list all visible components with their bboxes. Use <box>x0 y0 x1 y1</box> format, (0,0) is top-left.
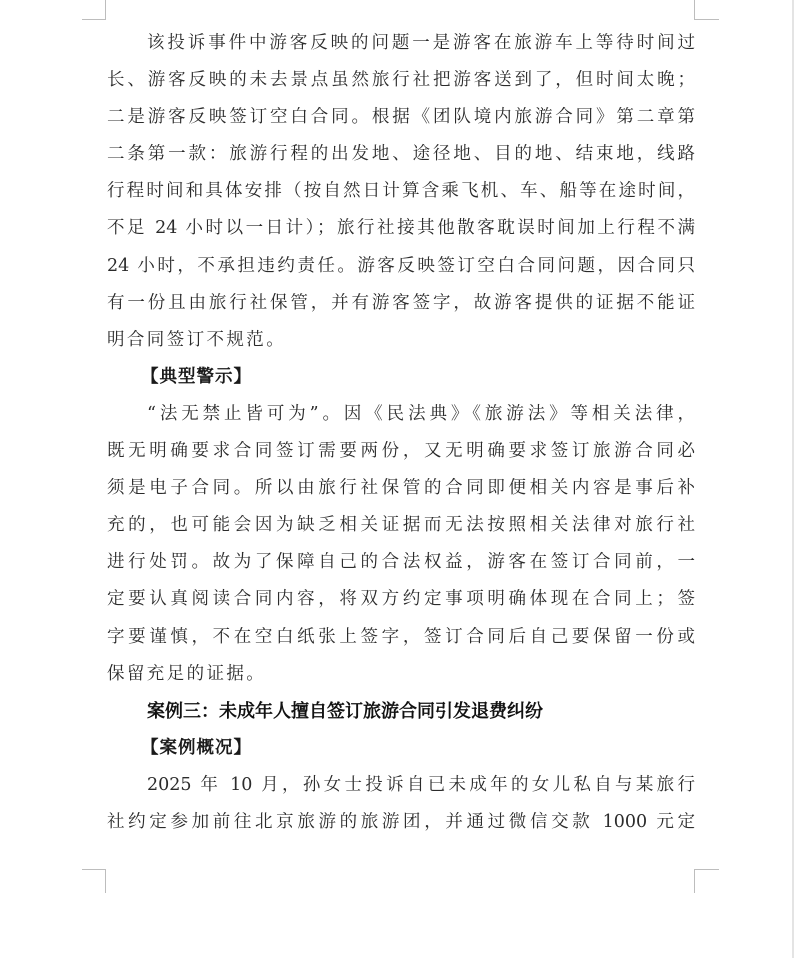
crop-mark-top-left <box>82 0 106 20</box>
crop-mark-bottom-right <box>694 869 719 893</box>
text-line: 该投诉事件中游客反映的问题一是游客在旅游车上等待时间过 <box>107 25 695 62</box>
text-line: 既无明确要求合同签订需要两份，又无明确要求签订旅游合同必 <box>107 433 695 470</box>
text-line: 2025 年 10 月，孙女士投诉自已未成年的女儿私自与某旅行 <box>107 767 695 804</box>
text-line: 充的，也可能会因为缺乏相关证据而无法按照相关法律对旅行社 <box>107 507 695 544</box>
text-line: “法无禁止皆可为”。因《民法典》《旅游法》等相关法律， <box>107 396 695 433</box>
text-line: 二是游客反映签订空白合同。根据《团队境内旅游合同》第二章第 <box>107 99 695 136</box>
text-line: 24 小时，不承担违约责任。游客反映签订空白合同问题，因合同只 <box>107 248 695 285</box>
text-line: 有一份且由旅行社保管，并有游客签字，故游客提供的证据不能证 <box>107 285 695 322</box>
heading-typical-warning: 【典型警示】 <box>107 359 695 396</box>
document-body: 该投诉事件中游客反映的问题一是游客在旅游车上等待时间过 长、游客反映的未去景点虽… <box>107 25 695 841</box>
text-line: 定要认真阅读合同内容，将双方约定事项明确体现在合同上；签 <box>107 581 695 618</box>
paragraph-warning: “法无禁止皆可为”。因《民法典》《旅游法》等相关法律， 既无明确要求合同签订需要… <box>107 396 695 693</box>
text-line: 长、游客反映的未去景点虽然旅行社把游客送到了，但时间太晚； <box>107 62 695 99</box>
text-line: 须是电子合同。所以由旅行社保管的合同即便相关内容是事后补 <box>107 470 695 507</box>
text-line: 进行处罚。故为了保障自己的合法权益，游客在签订合同前，一 <box>107 544 695 581</box>
text-line: 不足 24 小时以一日计）；旅行社接其他散客耽误时间加上行程不满 <box>107 210 695 247</box>
paragraph-case-overview: 2025 年 10 月，孙女士投诉自已未成年的女儿私自与某旅行 社约定参加前往北… <box>107 767 695 841</box>
paragraph-complaint-analysis: 该投诉事件中游客反映的问题一是游客在旅游车上等待时间过 长、游客反映的未去景点虽… <box>107 25 695 359</box>
text-line: 行程时间和具体安排（按自然日计算含乘飞机、车、船等在途时间， <box>107 173 695 210</box>
crop-mark-top-right <box>694 0 719 20</box>
crop-mark-bottom-left <box>82 869 106 893</box>
text-line: 明合同签订不规范。 <box>107 322 695 359</box>
text-line: 社约定参加前往北京旅游的旅游团，并通过微信交款 1000 元定 <box>107 804 695 841</box>
heading-case-overview: 【案例概况】 <box>107 730 695 767</box>
text-line: 保留充足的证据。 <box>107 656 695 693</box>
text-line: 二条第一款：旅游行程的出发地、途径地、目的地、结束地，线路 <box>107 136 695 173</box>
text-line: 字要谨慎，不在空白纸张上签字，签订合同后自己要保留一份或 <box>107 619 695 656</box>
case-three-title: 案例三：未成年人擅自签订旅游合同引发退费纠纷 <box>107 693 695 730</box>
